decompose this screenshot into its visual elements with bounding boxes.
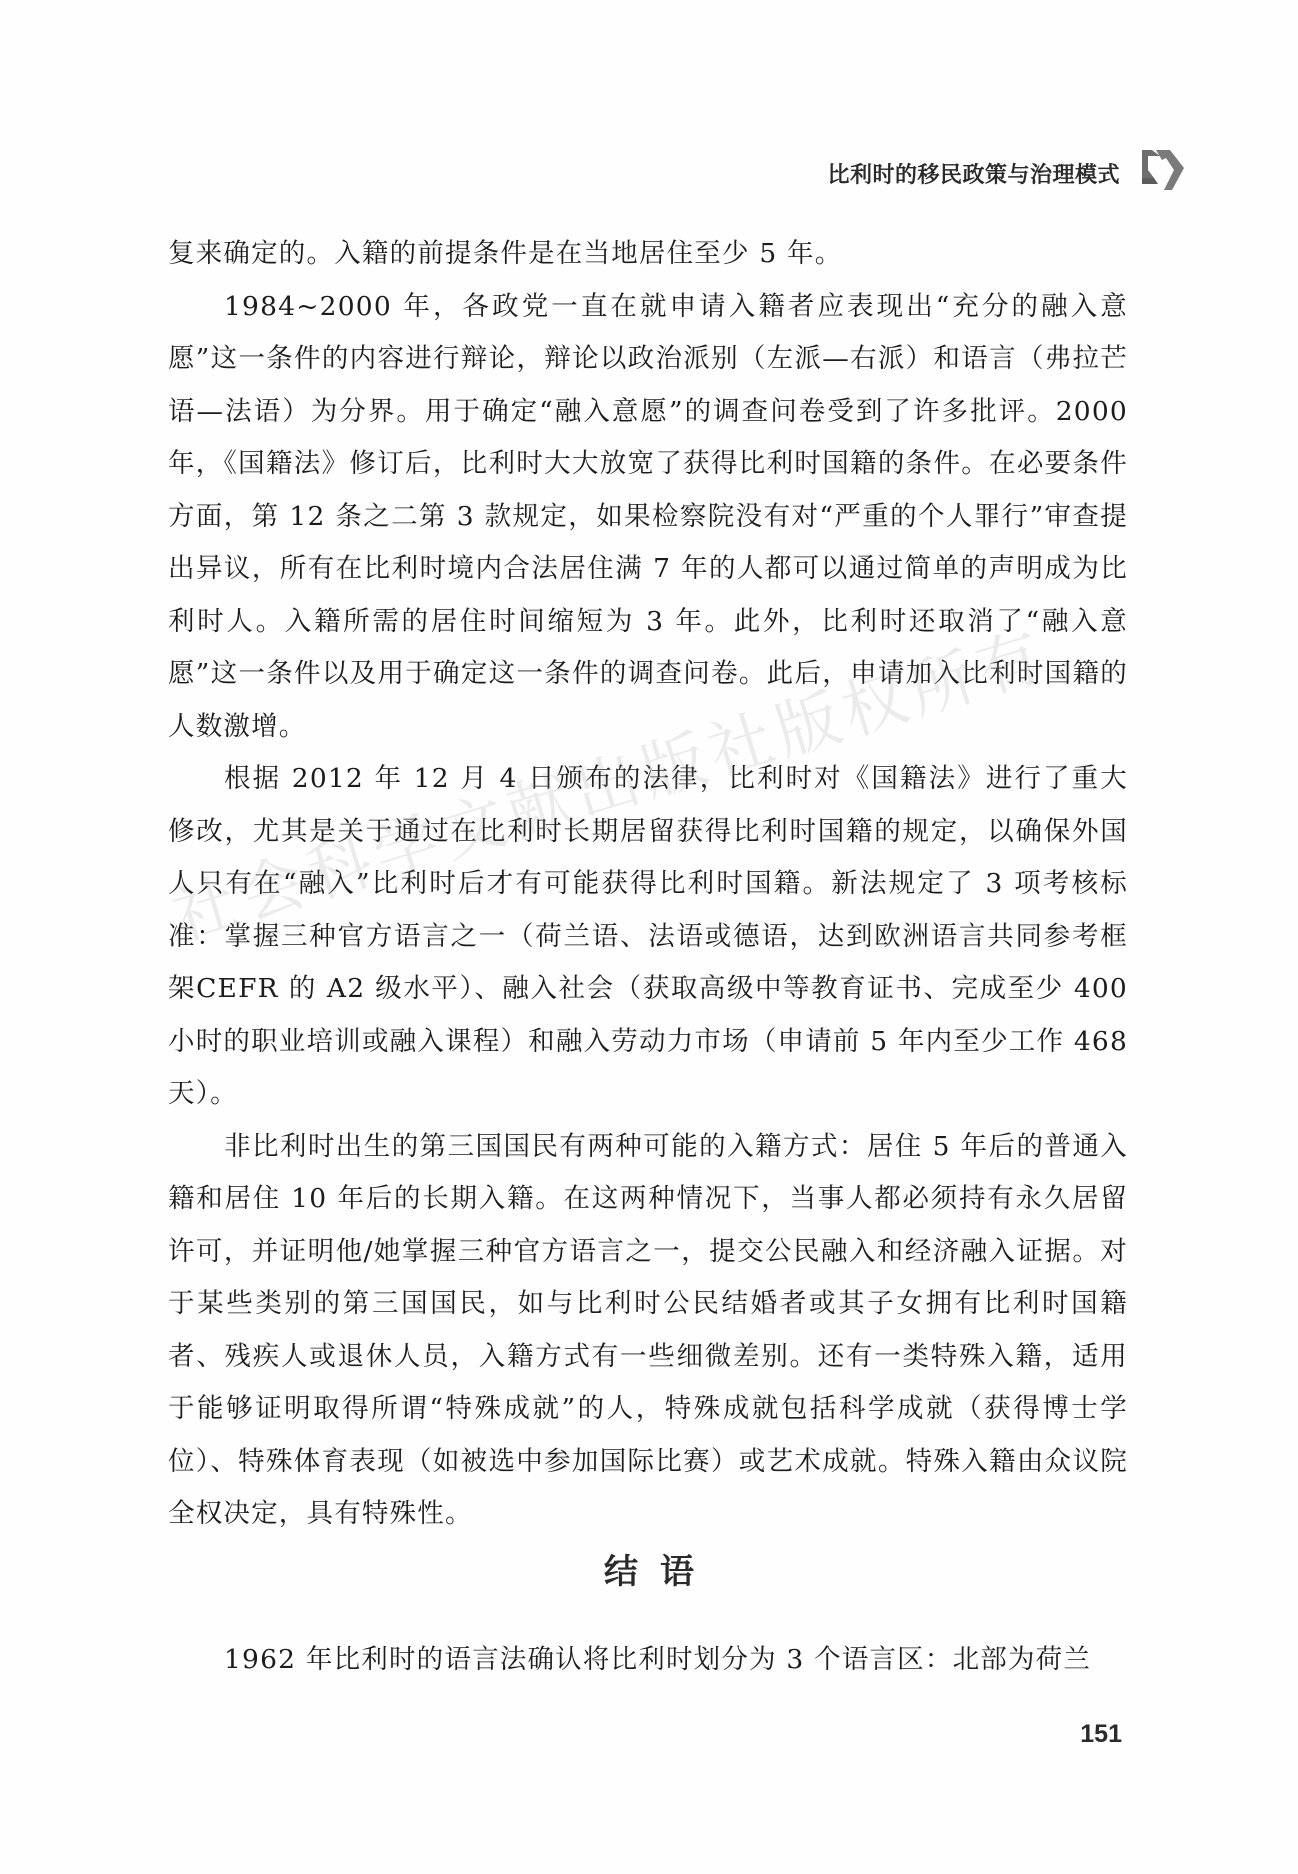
chapter-arrow-icon [1138,146,1190,194]
section-heading: 结语 [0,1544,1298,1593]
running-head-title: 比利时的移民政策与治理模式 [827,158,1120,189]
paragraph-2: 1984~2000 年，各政党一直在就申请入籍者应表现出“充分的融入意愿”这一条… [168,281,1128,754]
body-text: 复来确定的。入籍的前提条件是在当地居住至少 5 年。 1984~2000 年，各… [168,228,1128,1541]
paragraph-1: 复来确定的。入籍的前提条件是在当地居住至少 5 年。 [168,228,1128,281]
conclusion-paragraph: 1962 年比利时的语言法确认将比利时划分为 3 个语言区：北部为荷兰 [168,1634,1128,1687]
running-head: 比利时的移民政策与治理模式 [827,158,1120,189]
book-page: 比利时的移民政策与治理模式 复来确定的。入籍的前提条件是在当地居住至少 5 年。… [0,0,1298,1874]
conclusion-text: 1962 年比利时的语言法确认将比利时划分为 3 个语言区：北部为荷兰 [168,1634,1128,1687]
paragraph-4: 非比利时出生的第三国国民有两种可能的入籍方式：居住 5 年后的普通入籍和居住 1… [168,1121,1128,1541]
page-number: 151 [1080,1720,1122,1749]
paragraph-3: 根据 2012 年 12 月 4 日颁布的法律，比利时对《国籍法》进行了重大修改… [168,753,1128,1121]
